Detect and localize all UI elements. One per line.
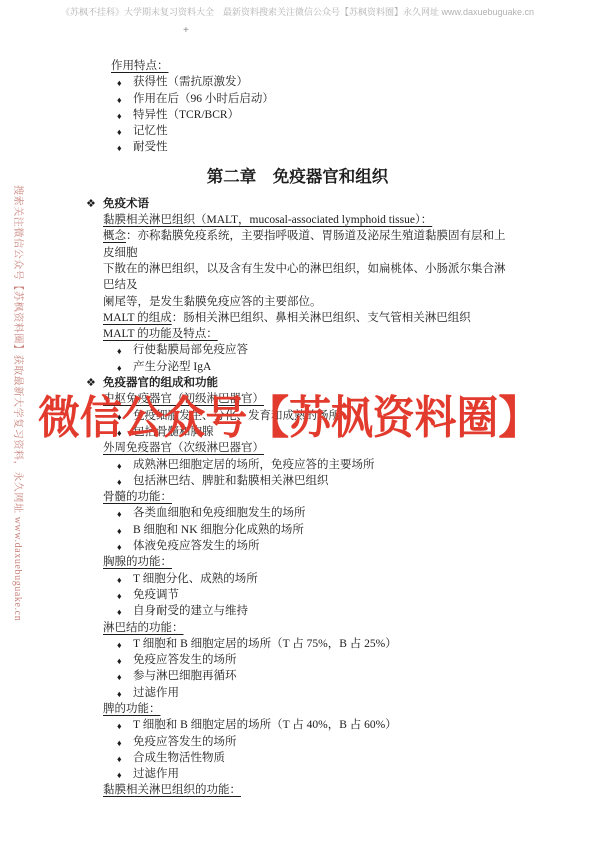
text-run: B 细胞和 NK 细胞分化成熟的场所 [133, 524, 304, 536]
underlined-text: 脾的功能： [103, 703, 161, 715]
underlined-text: 黏膜相关淋巴组织的功能： [103, 784, 241, 796]
text-run: 行使黏膜局部免疫应答 [133, 344, 248, 356]
text-run: 参与淋巴细胞再循环 [133, 670, 237, 682]
sub-heading: 脾的功能： [0, 701, 595, 717]
bullet-item: ♦各类血细胞和免疫细胞发生的场所 [0, 505, 595, 521]
text-run: T 细胞分化、成熟的场所 [133, 573, 258, 585]
bullet-item: ♦T 细胞和 B 细胞定居的场所（T 占 40%，B 占 60%） [0, 717, 595, 733]
paragraph-line: MALT 的组成：肠相关淋巴组织、鼻相关淋巴组织、支气管相关淋巴组织 [0, 310, 595, 326]
text-run: T 细胞和 B 细胞定居的场所（T 占 40%，B 占 60%） [133, 719, 397, 731]
bullet-diamond-icon: ♦ [117, 767, 122, 783]
text-run: T 细胞和 B 细胞定居的场所（T 占 75%，B 占 25%） [133, 638, 397, 650]
text-run: ：亦称黏膜免疫系统，主要指呼吸道、胃肠道及泌尿生殖道黏膜固有层和上皮细胞 [103, 230, 506, 258]
sub-heading: 黏膜相关淋巴组织的功能： [0, 782, 595, 798]
text-run: 成熟淋巴细胞定居的场所，免疫应答的主要场所 [133, 459, 375, 471]
underlined-text: 外周免疫器官（次级淋巴器官） [103, 442, 264, 454]
bullet-item: ♦T 细胞分化、成熟的场所 [0, 571, 595, 587]
text-run: 免疫调节 [133, 589, 179, 601]
underlined-text: 骨髓的功能： [103, 491, 172, 503]
bullet-item: ♦行使黏膜局部免疫应答 [0, 342, 595, 358]
text-run: 各类血细胞和免疫细胞发生的场所 [133, 507, 306, 519]
bullet-diamond-icon: ♦ [117, 686, 122, 702]
sub-heading: 胸腺的功能： [0, 554, 595, 570]
text-run: 产生分泌型 IgA [133, 361, 211, 373]
text-run: 包括淋巴结、脾脏和黏膜相关淋巴组织 [133, 475, 329, 487]
paragraph-line: 阑尾等，是发生黏膜免疫应答的主要部位。 [0, 294, 595, 310]
bullet-item: ♦过滤作用 [0, 766, 595, 782]
cursor-plus-mark: + [183, 25, 189, 36]
bullet-item: ♦耐受性 [0, 139, 595, 155]
bullet-diamond-icon: ♦ [117, 718, 122, 734]
bullet-diamond-icon: ♦ [117, 539, 122, 555]
bullet-diamond-icon: ♦ [117, 735, 122, 751]
sub-heading: 淋巴结的功能： [0, 620, 595, 636]
text-run: 特异性（TCR/BCR） [133, 109, 239, 121]
text-run: 第二章 免疫器官和组织 [207, 168, 389, 186]
chapter-title: 第二章 免疫器官和组织 [0, 167, 595, 188]
section-diamond-icon: ❖ [86, 196, 96, 212]
center-red-watermark-text: 微信公众号【苏枫资料圈】 [38, 392, 540, 444]
text-run: 过滤作用 [133, 768, 179, 780]
bullet-item: ♦记忆性 [0, 123, 595, 139]
text-run: 免疫应答发生的场所 [133, 736, 237, 748]
section-heading: ❖免疫器官的组成和功能 [0, 375, 595, 391]
bullet-item: ♦参与淋巴细胞再循环 [0, 668, 595, 684]
underlined-text: 黏膜相关淋巴组织（MALT，mucosal-associated lymphoi… [103, 214, 432, 226]
bullet-diamond-icon: ♦ [117, 751, 122, 767]
bullet-item: ♦免疫应答发生的场所 [0, 652, 595, 668]
text-run: 耐受性 [133, 141, 168, 153]
text-run: 合成生物活性物质 [133, 752, 225, 764]
bullet-item: ♦合成生物活性物质 [0, 750, 595, 766]
text-run: 免疫器官的组成和功能 [103, 377, 218, 389]
paragraph-line: 概念：亦称黏膜免疫系统，主要指呼吸道、胃肠道及泌尿生殖道黏膜固有层和上皮细胞 [0, 228, 595, 261]
bullet-item: ♦过滤作用 [0, 685, 595, 701]
text-run: 体液免疫应答发生的场所 [133, 540, 260, 552]
section-diamond-icon: ❖ [86, 375, 96, 391]
bullet-item: ♦获得性（需抗原激发） [0, 74, 595, 90]
document-page: 《苏枫不挂科》大学期末复习资料大全 最新资料搜索关注微信公众号【苏枫资料圈】永久… [0, 0, 595, 841]
text-run: 免疫术语 [103, 198, 149, 210]
bullet-diamond-icon: ♦ [117, 669, 122, 685]
underlined-text: 淋巴结的功能： [103, 622, 184, 634]
text-run: 阑尾等，是发生黏膜免疫应答的主要部位。 [103, 296, 322, 308]
text-run: 下散在的淋巴组织，以及含有生发中心的淋巴组织，如扁桃体、小肠派尔集合淋巴结及 [103, 263, 506, 291]
bullet-diamond-icon: ♦ [117, 588, 122, 604]
text-run: ：肠相关淋巴组织、鼻相关淋巴组织、支气管相关淋巴组织 [172, 312, 471, 324]
bullet-diamond-icon: ♦ [117, 637, 122, 653]
bullet-item: ♦特异性（TCR/BCR） [0, 107, 595, 123]
text-run: 过滤作用 [133, 687, 179, 699]
bullet-item: ♦B 细胞和 NK 细胞分化成熟的场所 [0, 522, 595, 538]
sub-heading: MALT 的功能及特点： [0, 326, 595, 342]
underlined-text: 作用特点： [111, 60, 169, 72]
text-run: 自身耐受的建立与维持 [133, 605, 248, 617]
left-vertical-watermark-text: 搜索关注微信公众号【苏枫资料圈】获取最新大学复习资料，永久网址 www.daxu… [11, 185, 24, 621]
bullet-diamond-icon: ♦ [117, 360, 122, 376]
bullet-item: ♦免疫应答发生的场所 [0, 734, 595, 750]
sub-heading: 作用特点： [0, 58, 595, 74]
sub-heading: 骨髓的功能： [0, 489, 595, 505]
bullet-diamond-icon: ♦ [117, 92, 122, 108]
bullet-item: ♦体液免疫应答发生的场所 [0, 538, 595, 554]
bullet-diamond-icon: ♦ [117, 75, 122, 91]
section-heading: ❖免疫术语 [0, 196, 595, 212]
bullet-item: ♦自身耐受的建立与维持 [0, 603, 595, 619]
bullet-item: ♦免疫调节 [0, 587, 595, 603]
bullet-item: ♦产生分泌型 IgA [0, 359, 595, 375]
bullet-diamond-icon: ♦ [117, 523, 122, 539]
text-run: 作用在后（96 小时后启动） [133, 93, 274, 105]
bullet-item: ♦包括淋巴结、脾脏和黏膜相关淋巴组织 [0, 473, 595, 489]
underlined-text: 胸腺的功能： [103, 556, 172, 568]
bullet-item: ♦T 细胞和 B 细胞定居的场所（T 占 75%，B 占 25%） [0, 636, 595, 652]
underlined-text: 概念 [103, 230, 126, 242]
bullet-diamond-icon: ♦ [117, 343, 122, 359]
underlined-text: MALT 的组成 [103, 312, 172, 324]
bullet-item: ♦作用在后（96 小时后启动） [0, 91, 595, 107]
sub-heading: 黏膜相关淋巴组织（MALT，mucosal-associated lymphoi… [0, 212, 595, 228]
underlined-text: MALT 的功能及特点： [103, 328, 218, 340]
bullet-diamond-icon: ♦ [117, 506, 122, 522]
bullet-diamond-icon: ♦ [117, 604, 122, 620]
bullet-diamond-icon: ♦ [117, 474, 122, 490]
bullet-diamond-icon: ♦ [117, 124, 122, 140]
page-header-watermark-text: 《苏枫不挂科》大学期末复习资料大全 最新资料搜索关注微信公众号【苏枫资料圈】永久… [0, 5, 595, 18]
text-run: 获得性（需抗原激发） [133, 76, 248, 88]
bullet-diamond-icon: ♦ [117, 653, 122, 669]
paragraph-line: 下散在的淋巴组织，以及含有生发中心的淋巴组织，如扁桃体、小肠派尔集合淋巴结及 [0, 261, 595, 294]
bullet-diamond-icon: ♦ [117, 572, 122, 588]
text-run: 记忆性 [133, 125, 168, 137]
bullet-diamond-icon: ♦ [117, 108, 122, 124]
bullet-item: ♦成熟淋巴细胞定居的场所，免疫应答的主要场所 [0, 457, 595, 473]
bullet-diamond-icon: ♦ [117, 140, 122, 156]
bullet-diamond-icon: ♦ [117, 458, 122, 474]
text-run: 免疫应答发生的场所 [133, 654, 237, 666]
